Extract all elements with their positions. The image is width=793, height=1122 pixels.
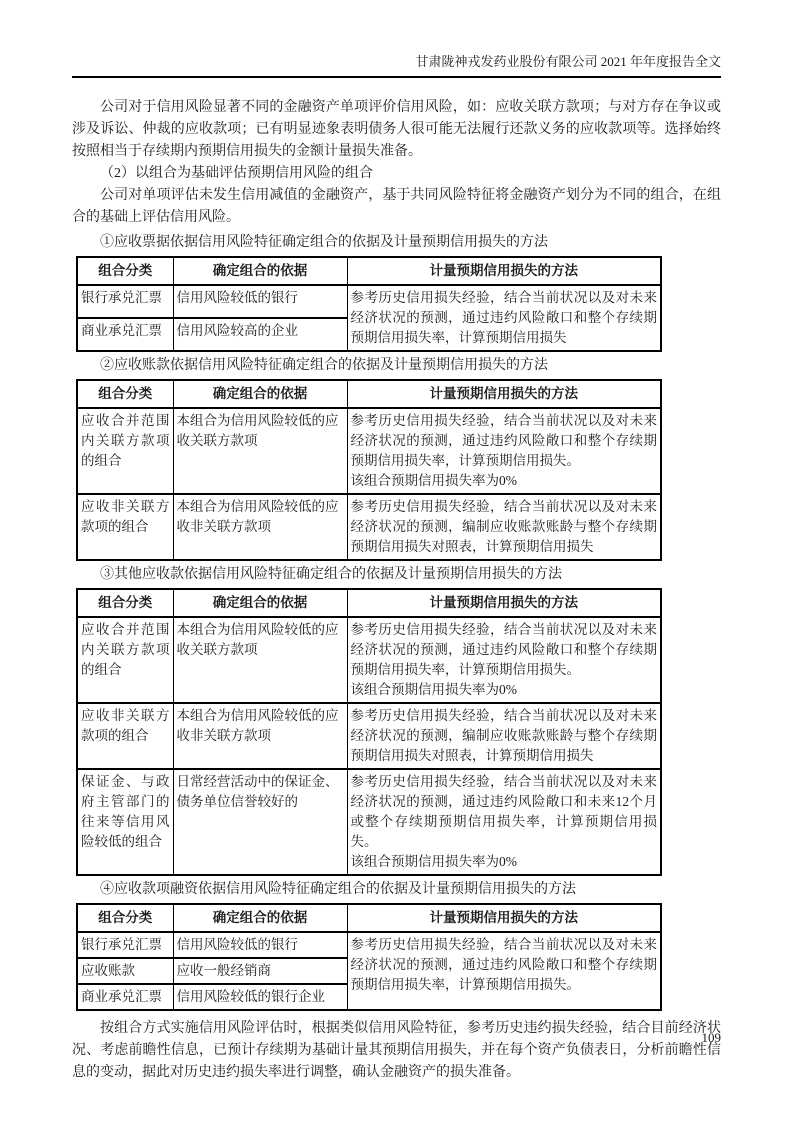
paragraph-portfolio-method-summary: 按组合方式实施信用风险评估时，根据类似信用风险特征，参考历史违约损失经验，结合目… <box>72 1018 721 1084</box>
header-cell-method: 计量预期信用损失的方法 <box>347 589 661 617</box>
table-header-row: 组合分类 确定组合的依据 计量预期信用损失的方法 <box>77 380 661 408</box>
header-cell-basis: 确定组合的依据 <box>173 380 347 408</box>
paragraph-portfolio-intro: 公司对单项评估未发生信用减值的金融资产，基于共同风险特征将金融资产划分为不同的组… <box>72 185 721 229</box>
table-row: 银行承兑汇票 信用风险较低的银行 参考历史信用损失经验，结合当前状况以及对未来经… <box>77 285 661 318</box>
table-caption-receivables-financing: ④应收款项融资依据信用风险特征确定组合的依据及计量预期信用损失的方法 <box>72 879 721 901</box>
category-cell: 应收账款 <box>77 958 173 984</box>
category-cell: 商业承兑汇票 <box>77 984 173 1010</box>
page-number: 109 <box>702 1030 722 1046</box>
basis-cell: 信用风险较高的企业 <box>173 318 347 351</box>
method-cell: 参考历史信用损失经验，结合当前状况以及对未来经济状况的预测，编制应收账款账龄与整… <box>347 703 661 769</box>
paragraph-individual-assessment: 公司对于信用风险显著不同的金融资产单项评价信用风险，如：应收关联方款项；与对方存… <box>72 97 721 163</box>
header-cell-category: 组合分类 <box>77 589 173 617</box>
table-row: 应收合并范围内关联方款项的组合 本组合为信用风险较低的应收关联方款项 参考历史信… <box>77 408 661 494</box>
page-content: 甘肃陇神戎发药业股份有限公司 2021 年年度报告全文 公司对于信用风险显著不同… <box>72 54 721 1084</box>
header-cell-category: 组合分类 <box>77 380 173 408</box>
table-row: 保证金、与政府主管部门的往来等信用风险较低的组合 日常经营活动中的保证金、债务单… <box>77 769 661 875</box>
category-cell: 银行承兑汇票 <box>77 285 173 318</box>
category-cell: 应收非关联方款项的组合 <box>77 703 173 769</box>
category-cell: 银行承兑汇票 <box>77 932 173 958</box>
table-caption-notes-receivable: ①应收票据依据信用风险特征确定组合的依据及计量预期信用损失的方法 <box>72 232 721 254</box>
method-cell: 参考历史信用损失经验，结合当前状况以及对未来经济状况的预测，通过违约风险敞口和整… <box>347 408 661 494</box>
method-cell: 参考历史信用损失经验，结合当前状况以及对未来经济状况的预测，通过违约风险敞口和整… <box>347 285 661 351</box>
basis-cell: 本组合为信用风险较低的应收关联方款项 <box>173 408 347 494</box>
method-cell: 参考历史信用损失经验，结合当前状况以及对未来经济状况的预测，通过违约风险敞口和整… <box>347 932 661 1010</box>
method-cell: 参考历史信用损失经验，结合当前状况以及对未来经济状况的预测，通过违约风险敞口和整… <box>347 617 661 703</box>
table-row: 应收非关联方款项的组合 本组合为信用风险较低的应收非关联方款项 参考历史信用损失… <box>77 494 661 560</box>
table-caption-accounts-receivable: ②应收账款依据信用风险特征确定组合的依据及计量预期信用损失的方法 <box>72 355 721 377</box>
basis-cell: 本组合为信用风险较低的应收非关联方款项 <box>173 494 347 560</box>
method-cell: 参考历史信用损失经验，结合当前状况以及对未来经济状况的预测，编制应收账款账龄与整… <box>347 494 661 560</box>
header-cell-method: 计量预期信用损失的方法 <box>347 257 661 285</box>
category-cell: 保证金、与政府主管部门的往来等信用风险较低的组合 <box>77 769 173 875</box>
table-other-receivables: 组合分类 确定组合的依据 计量预期信用损失的方法 应收合并范围内关联方款项的组合… <box>76 588 662 876</box>
table-caption-other-receivables: ③其他应收款依据信用风险特征确定组合的依据及计量预期信用损失的方法 <box>72 564 721 586</box>
basis-cell: 日常经营活动中的保证金、债务单位信誉较好的 <box>173 769 347 875</box>
category-cell: 应收合并范围内关联方款项的组合 <box>77 617 173 703</box>
basis-cell: 本组合为信用风险较低的应收关联方款项 <box>173 617 347 703</box>
basis-cell: 信用风险较低的银行 <box>173 932 347 958</box>
category-cell: 应收合并范围内关联方款项的组合 <box>77 408 173 494</box>
header-cell-basis: 确定组合的依据 <box>173 257 347 285</box>
report-header: 甘肃陇神戎发药业股份有限公司 2021 年年度报告全文 <box>72 54 721 78</box>
category-cell: 应收非关联方款项的组合 <box>77 494 173 560</box>
header-cell-basis: 确定组合的依据 <box>173 904 347 932</box>
header-cell-basis: 确定组合的依据 <box>173 589 347 617</box>
table-accounts-receivable: 组合分类 确定组合的依据 计量预期信用损失的方法 应收合并范围内关联方款项的组合… <box>76 379 662 561</box>
table-row: 应收非关联方款项的组合 本组合为信用风险较低的应收非关联方款项 参考历史信用损失… <box>77 703 661 769</box>
table-receivables-financing: 组合分类 确定组合的依据 计量预期信用损失的方法 银行承兑汇票 信用风险较低的银… <box>76 903 662 1011</box>
basis-cell: 信用风险较低的银行 <box>173 285 347 318</box>
basis-cell: 应收一般经销商 <box>173 958 347 984</box>
header-cell-category: 组合分类 <box>77 257 173 285</box>
table-header-row: 组合分类 确定组合的依据 计量预期信用损失的方法 <box>77 904 661 932</box>
heading-portfolio-basis: （2）以组合为基础评估预期信用风险的组合 <box>72 163 721 185</box>
table-row: 银行承兑汇票 信用风险较低的银行 参考历史信用损失经验，结合当前状况以及对未来经… <box>77 932 661 958</box>
report-page: 甘肃陇神戎发药业股份有限公司 2021 年年度报告全文 公司对于信用风险显著不同… <box>0 0 793 1122</box>
category-cell: 商业承兑汇票 <box>77 318 173 351</box>
table-row: 应收合并范围内关联方款项的组合 本组合为信用风险较低的应收关联方款项 参考历史信… <box>77 617 661 703</box>
method-cell: 参考历史信用损失经验，结合当前状况以及对未来经济状况的预测，通过违约风险敞口和未… <box>347 769 661 875</box>
report-header-title: 甘肃陇神戎发药业股份有限公司 2021 年年度报告全文 <box>415 54 721 69</box>
table-notes-receivable: 组合分类 确定组合的依据 计量预期信用损失的方法 银行承兑汇票 信用风险较低的银… <box>76 256 662 352</box>
basis-cell: 信用风险较低的银行企业 <box>173 984 347 1010</box>
header-cell-method: 计量预期信用损失的方法 <box>347 380 661 408</box>
table-header-row: 组合分类 确定组合的依据 计量预期信用损失的方法 <box>77 589 661 617</box>
header-cell-category: 组合分类 <box>77 904 173 932</box>
header-cell-method: 计量预期信用损失的方法 <box>347 904 661 932</box>
basis-cell: 本组合为信用风险较低的应收非关联方款项 <box>173 703 347 769</box>
table-header-row: 组合分类 确定组合的依据 计量预期信用损失的方法 <box>77 257 661 285</box>
